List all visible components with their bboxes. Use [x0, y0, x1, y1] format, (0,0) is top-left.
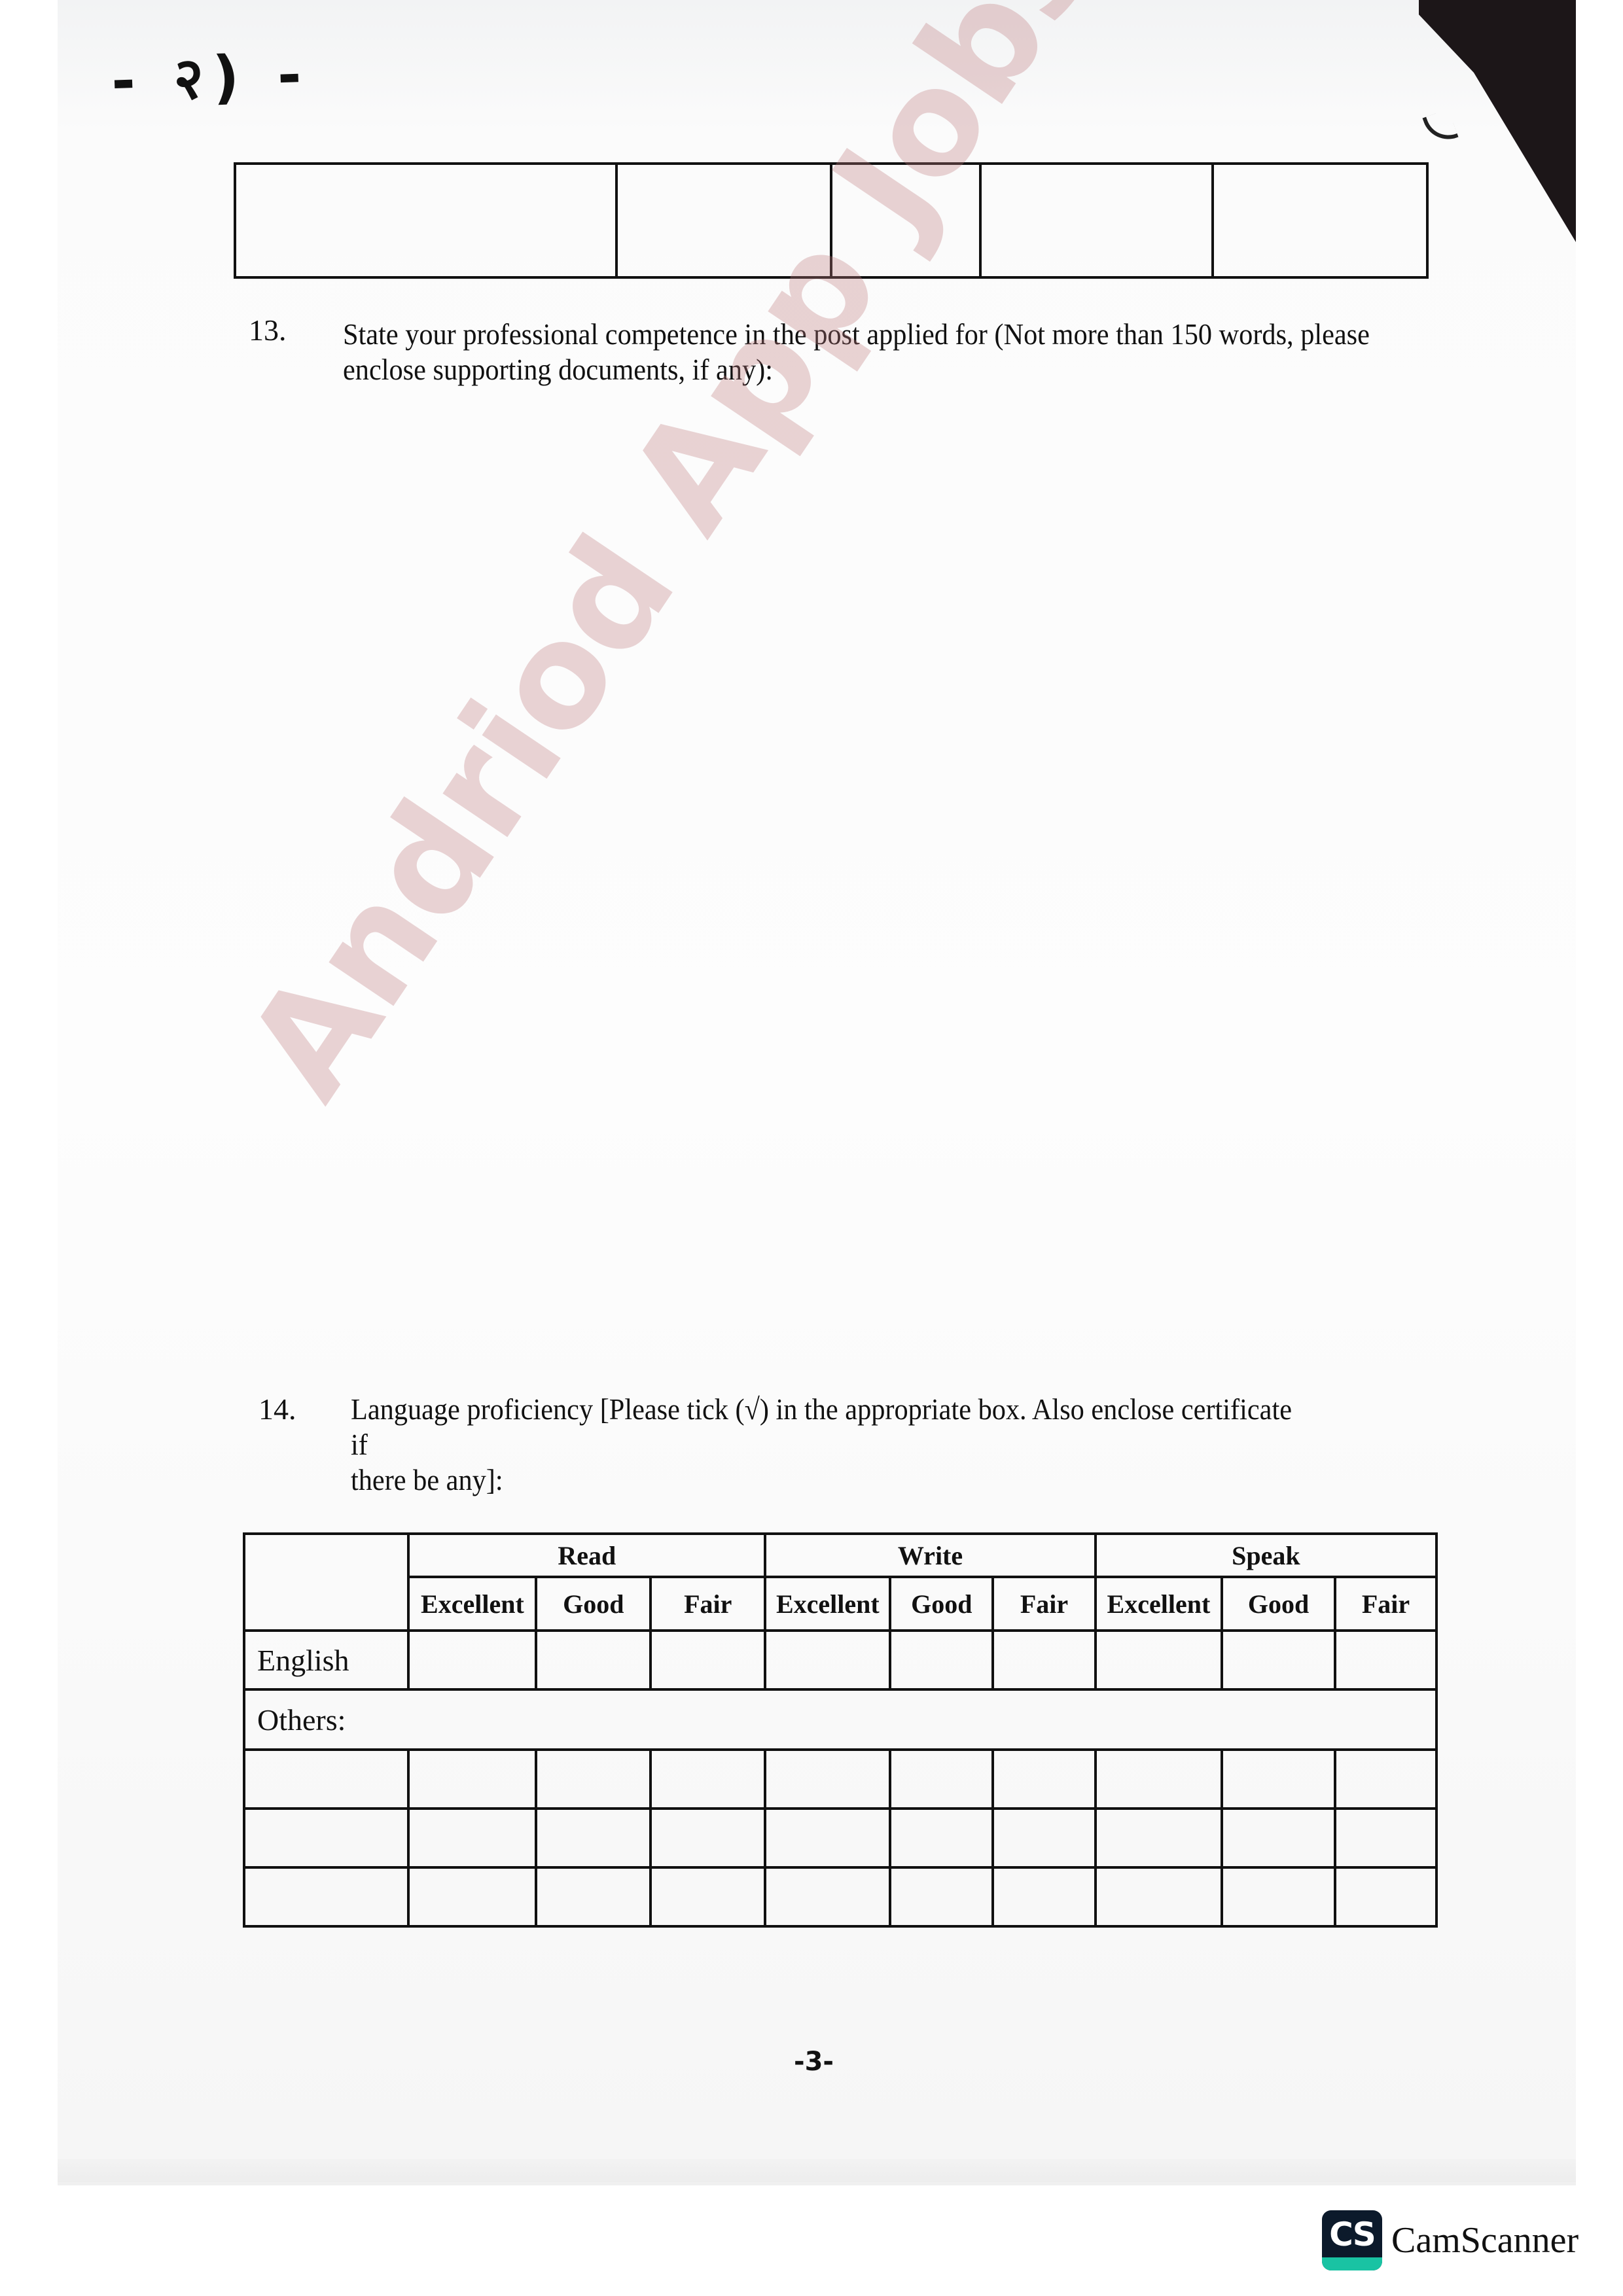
tick-box[interactable]: [765, 1809, 890, 1867]
level-header: Fair: [993, 1577, 1096, 1631]
table-row-english: English: [244, 1631, 1436, 1689]
tick-box[interactable]: [993, 1867, 1096, 1926]
level-header: Good: [536, 1577, 651, 1631]
tick-box[interactable]: [1096, 1809, 1222, 1867]
tick-box[interactable]: [651, 1809, 765, 1867]
language-name-cell[interactable]: [244, 1867, 408, 1926]
camscanner-name: CamScanner: [1391, 2219, 1578, 2261]
level-header: Excellent: [1096, 1577, 1222, 1631]
tick-box[interactable]: [890, 1750, 993, 1809]
tick-box[interactable]: [993, 1631, 1096, 1689]
tick-box[interactable]: [408, 1809, 536, 1867]
corner-cell: [244, 1534, 408, 1631]
table-cell[interactable]: [980, 164, 1213, 277]
tick-box[interactable]: [651, 1631, 765, 1689]
tick-box[interactable]: [890, 1631, 993, 1689]
language-name-cell[interactable]: [244, 1809, 408, 1867]
question-13-number: 13.: [249, 313, 287, 347]
level-header: Fair: [651, 1577, 765, 1631]
camscanner-logo-icon: CS: [1322, 2210, 1382, 2270]
table-row-other-language: [244, 1750, 1436, 1809]
table-cell[interactable]: [1213, 164, 1427, 277]
tick-box[interactable]: [1096, 1750, 1222, 1809]
group-header-write: Write: [765, 1534, 1096, 1577]
question-14-line-1: Language proficiency [Please tick (√) in…: [351, 1392, 1429, 1427]
question-14-line-3: there be any]:: [351, 1462, 1429, 1498]
tick-box[interactable]: [1335, 1631, 1436, 1689]
tick-box[interactable]: [890, 1867, 993, 1926]
tick-box[interactable]: [536, 1809, 651, 1867]
tick-box[interactable]: [536, 1867, 651, 1926]
language-proficiency-table: Read Write Speak Excellent Good Fair Exc…: [243, 1532, 1438, 1928]
tick-box[interactable]: [1222, 1809, 1335, 1867]
table-row-other-language: [244, 1809, 1436, 1867]
group-header-speak: Speak: [1096, 1534, 1436, 1577]
tick-box[interactable]: [765, 1867, 890, 1926]
tick-box[interactable]: [536, 1631, 651, 1689]
camscanner-badge: CS CamScanner: [1322, 2210, 1578, 2270]
level-header: Excellent: [408, 1577, 536, 1631]
level-header: Good: [1222, 1577, 1335, 1631]
tick-box[interactable]: [408, 1867, 536, 1926]
tick-box[interactable]: [890, 1809, 993, 1867]
row-label-english: English: [244, 1631, 408, 1689]
question-14-number: 14.: [259, 1392, 296, 1426]
tick-box[interactable]: [1096, 1867, 1222, 1926]
tick-box[interactable]: [993, 1809, 1096, 1867]
table-row-other-language: [244, 1867, 1436, 1926]
tick-box[interactable]: [1335, 1867, 1436, 1926]
page-edge-shadow: [58, 2159, 1576, 2185]
tick-box[interactable]: [1096, 1631, 1222, 1689]
question-14-line-2: if: [351, 1427, 1429, 1462]
language-name-cell[interactable]: [244, 1750, 408, 1809]
table-row-others-label: Others:: [244, 1689, 1436, 1750]
tick-box[interactable]: [1335, 1809, 1436, 1867]
tick-box[interactable]: [408, 1750, 536, 1809]
tick-box[interactable]: [1222, 1867, 1335, 1926]
level-header: Fair: [1335, 1577, 1436, 1631]
handwritten-page-mark: - २) -: [110, 33, 312, 118]
page-number: -3-: [794, 2047, 834, 2077]
tick-box[interactable]: [1222, 1750, 1335, 1809]
level-header: Excellent: [765, 1577, 890, 1631]
tick-box[interactable]: [765, 1631, 890, 1689]
tick-box[interactable]: [651, 1750, 765, 1809]
tick-box[interactable]: [765, 1750, 890, 1809]
group-header-read: Read: [408, 1534, 765, 1577]
level-header: Good: [890, 1577, 993, 1631]
question-14-text: Language proficiency [Please tick (√) in…: [351, 1392, 1429, 1498]
tick-box[interactable]: [1222, 1631, 1335, 1689]
tick-box[interactable]: [1335, 1750, 1436, 1809]
table-cell[interactable]: [235, 164, 616, 277]
tick-box[interactable]: [993, 1750, 1096, 1809]
tick-box[interactable]: [536, 1750, 651, 1809]
tick-box[interactable]: [408, 1631, 536, 1689]
tick-box[interactable]: [651, 1867, 765, 1926]
others-label: Others:: [244, 1689, 1436, 1750]
